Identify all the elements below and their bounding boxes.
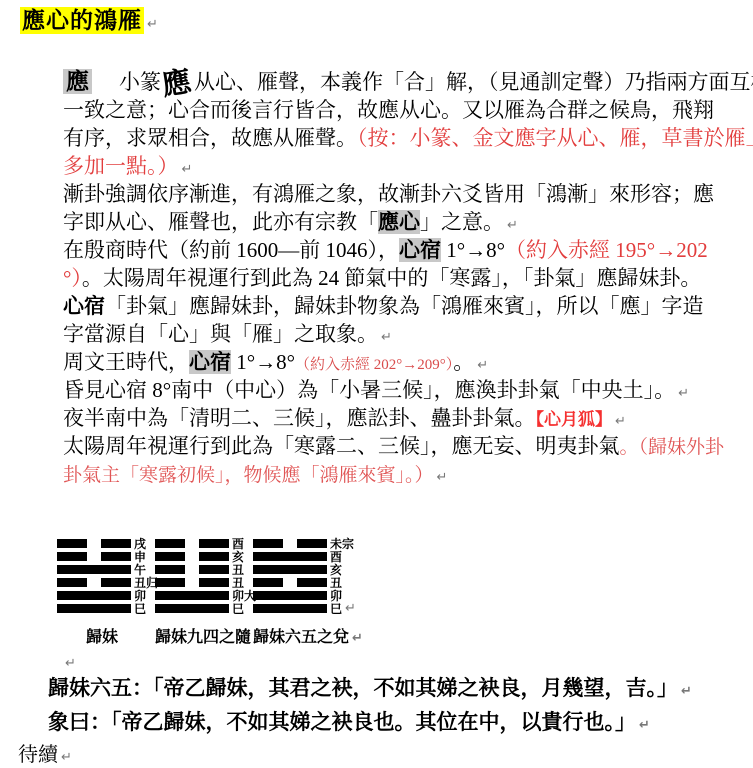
- yao-line-broken: 丑归: [57, 576, 147, 589]
- earthly-branch-label: 卯: [232, 590, 244, 602]
- yao-line-solid: 巳: [57, 602, 147, 615]
- yao-line-broken: 亥: [155, 550, 245, 563]
- empty-line: ↵: [62, 655, 753, 673]
- yao-bars: [253, 539, 327, 548]
- earthly-branch-label: 亥: [330, 564, 342, 576]
- text-run: 小篆: [119, 70, 161, 94]
- pilcrow-mark: ↵: [477, 358, 488, 373]
- quotation-text: 象曰：「帝乙歸妹，不如其娣之袂良也。其位在中，以貴行也。」: [48, 710, 636, 734]
- solid-bar: [253, 552, 327, 561]
- broken-bar-segment: [101, 539, 131, 548]
- pilcrow-mark: ↵: [182, 162, 193, 177]
- text-line: 有序，求眾相合，故應从雁聲。（按：小篆、金文應字从心、雁，草書於雁上: [63, 124, 753, 152]
- to-be-continued-line: 待續↵: [18, 741, 753, 768]
- broken-bar-segment: [253, 578, 283, 587]
- red-annotation-medium: 。（歸妹外卦: [620, 437, 725, 458]
- red-annotation: （約入赤經 195°→202: [505, 238, 708, 262]
- yao-line-broken: 戌: [57, 537, 147, 550]
- text-run: 1°→8°: [231, 350, 295, 374]
- text-run: 夜半南中為「清明二、三候」，應訟卦、蠱卦卦氣。: [63, 406, 536, 430]
- yao-bars: [155, 604, 229, 613]
- hexagram-caption: 歸妹: [57, 624, 147, 647]
- yao-bars: [155, 578, 229, 587]
- quotation-text: 歸妹六五：「帝乙歸妹，其君之袂，不如其娣之袂良，月幾望，吉。」: [48, 676, 678, 700]
- yao-line-solid: 巳: [155, 602, 245, 615]
- earthly-branch-label: 戌: [134, 538, 146, 550]
- bold-term: 心宿: [63, 294, 105, 318]
- solid-bar: [155, 604, 229, 613]
- yao-line-solid: 午: [57, 563, 147, 576]
- yao-bars: [155, 552, 229, 561]
- highlighted-term: 應心: [378, 210, 420, 234]
- broken-bar-segment: [297, 578, 327, 587]
- text-run: 「卦氣」應歸妹卦，歸妹卦物象為「鴻雁來賓」，所以「應」字造: [105, 294, 704, 318]
- text-line: 多加一點。）↵: [63, 152, 753, 180]
- text-run: 有序，求眾相合，故應从雁聲。: [63, 126, 357, 150]
- broken-bar-segment: [155, 578, 185, 587]
- earthly-branch-label: 午: [134, 564, 146, 576]
- broken-bar-segment: [155, 565, 185, 574]
- broken-bar-segment: [199, 578, 229, 587]
- text-line: 漸卦強調依序漸進，有鴻雁之象，故漸卦六爻皆用「鴻漸」來形容；應: [63, 180, 753, 208]
- text-line: 昏見心宿 8°南中（中心）為「小暑三候」，應渙卦卦氣「中央土」。↵: [63, 376, 753, 404]
- broken-bar-segment: [199, 565, 229, 574]
- text-run: 。: [453, 350, 474, 374]
- text-run: 。太陽周年視運行到此為 24 節氣中的「寒露」，「卦氣」應歸妹卦。: [82, 266, 702, 290]
- to-be-continued-text: 待續: [18, 744, 58, 766]
- pilcrow-mark: ↵: [381, 330, 392, 345]
- text-line: 字即从心、雁聲也，此亦有宗教「應心」之意。↵: [63, 208, 753, 236]
- yao-line-broken: 丑: [155, 576, 245, 589]
- text-run: 」之意。: [420, 210, 504, 234]
- yao-bars: [253, 578, 327, 587]
- yao-line-broken: 酉: [155, 537, 245, 550]
- yao-line-solid: 巳↵: [253, 602, 343, 615]
- yao-line-solid: 卯: [253, 589, 343, 602]
- lead-character-highlighted: 應: [63, 69, 92, 94]
- pilcrow-mark: ↵: [147, 17, 158, 32]
- yao-line-solid: 酉: [253, 550, 343, 563]
- solid-bar: [253, 565, 327, 574]
- earthly-branch-label: 酉: [232, 538, 244, 550]
- yao-bars: [57, 552, 131, 561]
- broken-bar-segment: [297, 539, 327, 548]
- page-title: 應心的鴻雁: [20, 7, 144, 34]
- yao-bars: [155, 539, 229, 548]
- red-annotation-medium: 卦氣主「寒露初候」，物候應「鴻雁來賓」。）: [63, 465, 434, 486]
- word-document-page: 應心的鴻雁↵ 應 小篆應从心、雁聲，本義作「合」解，（見通訓定聲）乃指兩方面互相…: [0, 0, 753, 768]
- yao-line-solid: 亥: [253, 563, 343, 576]
- pilcrow-mark: ↵: [507, 218, 518, 233]
- yao-line-solid: 卯: [57, 589, 147, 602]
- earthly-branch-label: 丑: [232, 577, 244, 589]
- yao-line-solid: 卯大: [155, 589, 245, 602]
- pilcrow-mark: ↵: [352, 631, 363, 646]
- pilcrow-mark: ↵: [345, 601, 356, 616]
- text-line: 字當源自「心」與「雁」之取象。↵: [63, 320, 753, 348]
- text-line: °）。太陽周年視運行到此為 24 節氣中的「寒露」，「卦氣」應歸妹卦。: [63, 264, 753, 292]
- earthly-branch-label: 巳: [232, 603, 244, 615]
- solid-bar: [155, 591, 229, 600]
- hexagram-figure: 未宗酉亥丑卯巳↵歸妹六五之兌↵: [253, 537, 343, 647]
- earthly-branch-label: 巳: [134, 603, 146, 615]
- solid-bar: [253, 604, 327, 613]
- pilcrow-mark: ↵: [639, 718, 650, 733]
- quotation-line: 象曰：「帝乙歸妹，不如其娣之袂良也。其位在中，以貴行也。」↵: [48, 707, 753, 741]
- yao-line-broken: 未宗: [253, 537, 343, 550]
- text-line: 心宿「卦氣」應歸妹卦，歸妹卦物象為「鴻雁來賓」，所以「應」字造: [63, 292, 753, 320]
- yao-bars: [253, 552, 327, 561]
- yao-bars: [57, 565, 131, 574]
- pilcrow-mark: ↵: [615, 414, 626, 429]
- text-line: 卦氣主「寒露初候」，物候應「鴻雁來賓」。）↵: [63, 460, 753, 488]
- yao-line-broken: 申: [57, 550, 147, 563]
- red-bracket-annotation: 【心月狐】: [536, 410, 613, 429]
- yao-bars: [57, 578, 131, 587]
- earthly-branch-label: 亥: [232, 551, 244, 563]
- earthly-branch-label: 未: [330, 538, 342, 550]
- solid-bar: [57, 604, 131, 613]
- yao-line-broken: 丑: [253, 576, 343, 589]
- hexagram-caption: 歸妹九四之隨: [155, 624, 245, 647]
- yao-bars: [155, 591, 229, 600]
- text-line: 太陽周年視運行到此為「寒露二、三候」，應无妄、明夷卦氣。（歸妹外卦: [63, 432, 753, 460]
- earthly-branch-label: 卯: [134, 590, 146, 602]
- hexagram-figure: 酉亥丑丑卯大巳歸妹九四之隨: [155, 537, 245, 647]
- highlighted-term: 心宿: [399, 238, 441, 262]
- earthly-branch-label: 丑: [134, 577, 146, 589]
- earthly-branch-label: 巳: [330, 603, 342, 615]
- text-run: 字當源自「心」與「雁」之取象。: [63, 322, 378, 346]
- yao-bars: [155, 565, 229, 574]
- red-annotation: （按：小篆、金文應字从心、雁，草書於雁上: [357, 126, 753, 150]
- title-line: 應心的鴻雁↵: [20, 6, 753, 40]
- quotation-line: 歸妹六五：「帝乙歸妹，其君之袂，不如其娣之袂良，月幾望，吉。」↵: [48, 673, 753, 707]
- pilcrow-mark: ↵: [678, 386, 689, 401]
- footer-text-block: ↵歸妹六五：「帝乙歸妹，其君之袂，不如其娣之袂良，月幾望，吉。」↵象曰：「帝乙歸…: [0, 655, 753, 768]
- broken-bar-segment: [101, 552, 131, 561]
- yao-bars: [253, 604, 327, 613]
- earthly-branch-label: 丑: [232, 564, 244, 576]
- earthly-branch-label: 卯: [330, 590, 342, 602]
- earthly-branch-label: 申: [134, 551, 146, 563]
- text-run: 太陽周年視運行到此為「寒露二、三候」，應无妄、明夷卦氣: [63, 434, 620, 458]
- hexagram-figure: 戌申午丑归卯巳歸妹: [57, 537, 147, 647]
- text-run: 在殷商時代（約前 1600—前 1046），: [63, 238, 399, 262]
- red-annotation-small: （約入赤經 202°→209°）: [295, 357, 453, 373]
- text-run: 漸卦強調依序漸進，有鴻雁之象，故漸卦六爻皆用「鴻漸」來形容；應: [63, 182, 714, 206]
- yao-bars: [253, 591, 327, 600]
- broken-bar-segment: [155, 539, 185, 548]
- pilcrow-mark: ↵: [61, 750, 72, 765]
- yao-bars: [57, 604, 131, 613]
- solid-bar: [57, 591, 131, 600]
- text-run: 一致之意；心合而後言行皆合，故應从心。又以雁為合群之候鳥，飛翔: [63, 98, 714, 122]
- pilcrow-mark: ↵: [437, 470, 448, 485]
- text-run: 1°→8°: [441, 238, 505, 262]
- text-line: 夜半南中為「清明二、三候」，應訟卦、蠱卦卦氣。【心月狐】↵: [63, 404, 753, 432]
- broken-bar-segment: [101, 578, 131, 587]
- broken-bar-segment: [199, 552, 229, 561]
- pilcrow-mark: ↵: [65, 656, 76, 671]
- red-annotation: °）: [63, 266, 82, 290]
- broken-bar-segment: [57, 578, 87, 587]
- hexagram-figures-row: 戌申午丑归卯巳歸妹酉亥丑丑卯大巳歸妹九四之隨未宗酉亥丑卯巳↵歸妹六五之兌↵: [57, 537, 753, 647]
- text-run: 周文王時代，: [63, 350, 189, 374]
- text-run: 昏見心宿 8°南中（中心）為「小暑三候」，應渙卦卦氣「中央土」。: [63, 378, 675, 402]
- earthly-branch-label: 丑: [330, 577, 342, 589]
- text-run: [98, 70, 119, 94]
- text-run: 从心、雁聲，本義作「合」解，（見通訓定聲）乃指兩方面互相: [194, 70, 753, 94]
- solid-bar: [253, 591, 327, 600]
- text-line: 在殷商時代（約前 1600—前 1046），心宿 1°→8°（約入赤經 195°…: [63, 236, 753, 264]
- red-annotation: 多加一點。）: [63, 154, 179, 178]
- earthly-branch-label: 酉: [330, 551, 342, 563]
- solid-bar: [57, 565, 131, 574]
- highlighted-term: 心宿: [189, 350, 231, 374]
- yao-bars: [57, 539, 131, 548]
- seal-script-ying-image: 應: [160, 69, 193, 99]
- pilcrow-mark: ↵: [681, 684, 692, 699]
- yao-bars: [57, 591, 131, 600]
- broken-bar-segment: [57, 539, 87, 548]
- text-run: 字即从心、雁聲也，此亦有宗教「: [63, 210, 378, 234]
- line-annotation: 宗: [342, 535, 354, 552]
- broken-bar-segment: [199, 539, 229, 548]
- broken-bar-segment: [57, 552, 87, 561]
- text-line: 應 小篆應从心、雁聲，本義作「合」解，（見通訓定聲）乃指兩方面互相: [63, 68, 753, 96]
- yao-bars: [253, 565, 327, 574]
- broken-bar-segment: [155, 552, 185, 561]
- yao-line-broken: 丑: [155, 563, 245, 576]
- text-line: 周文王時代，心宿 1°→8°（約入赤經 202°→209°）。↵: [63, 348, 753, 376]
- hexagram-caption: 歸妹六五之兌↵: [253, 624, 343, 647]
- broken-bar-segment: [253, 539, 283, 548]
- body-text-block: 應 小篆應从心、雁聲，本義作「合」解，（見通訓定聲）乃指兩方面互相一致之意；心合…: [63, 68, 753, 488]
